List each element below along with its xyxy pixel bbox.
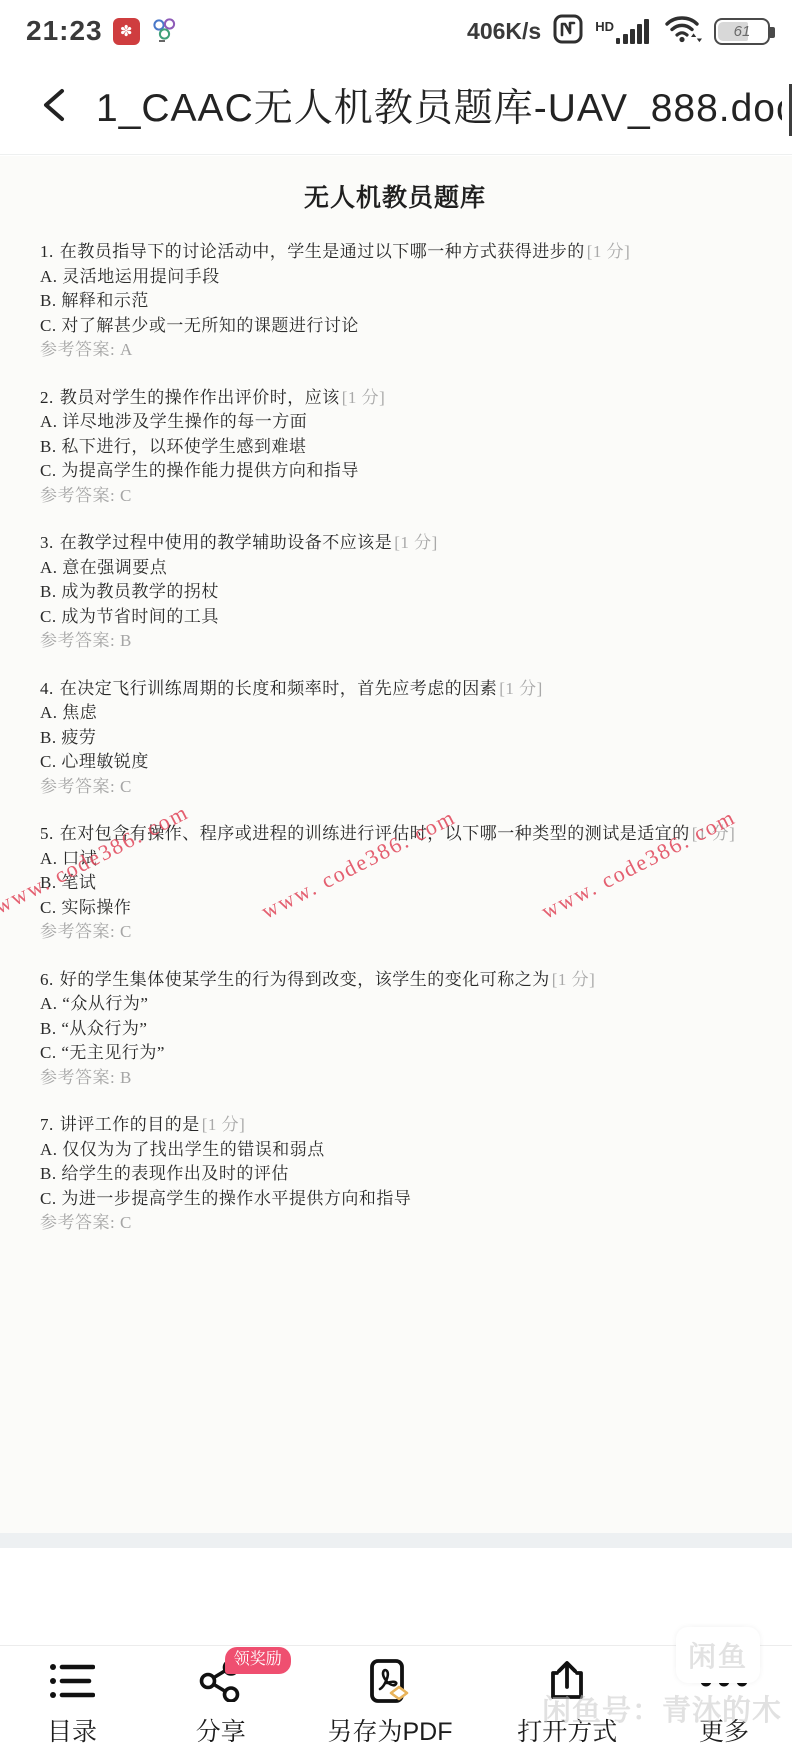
answer-line: 参考答案: C: [40, 1211, 750, 1236]
question-number: 7.: [40, 1115, 54, 1134]
answer-value: B: [120, 1068, 132, 1087]
answer-line: 参考答案: C: [40, 920, 750, 945]
question-score: [1 分]: [394, 533, 438, 552]
clock: 21:23: [26, 15, 103, 47]
share-circles-icon: [150, 15, 178, 48]
option-line: A. 仅仅为为了找出学生的错误和弱点: [40, 1138, 750, 1163]
question-score: [1 分]: [692, 824, 736, 843]
question-text: 在对包含有操作、程序或进程的训练进行评估时，以下哪一种类型的测试是适宜的: [60, 824, 690, 843]
hd-label: HD: [595, 19, 614, 34]
back-chevron-icon: [38, 85, 68, 125]
answer-prefix: 参考答案:: [40, 340, 120, 359]
answer-value: C: [120, 486, 132, 505]
toc-button[interactable]: 目录: [30, 1659, 114, 1756]
document-page[interactable]: 无人机教员题库 1.在教员指导下的讨论活动中，学生是通过以下哪一种方式获得进步的…: [0, 156, 792, 1533]
answer-line: 参考答案: B: [40, 1066, 750, 1091]
question-line: 4.在决定飞行训练周期的长度和频率时，首先应考虑的因素[1 分]: [40, 677, 750, 702]
question-block: 1.在教员指导下的讨论活动中，学生是通过以下哪一种方式获得进步的[1 分]A. …: [40, 240, 750, 363]
reward-badge: 领奖励: [225, 1647, 291, 1674]
more-label: 更多: [699, 1712, 749, 1748]
option-line: C. 为进一步提高学生的操作水平提供方向和指导: [40, 1187, 750, 1212]
question-block: 2.教员对学生的操作作出评价时，应该[1 分]A. 详尽地涉及学生操作的每一方面…: [40, 386, 750, 509]
question-line: 1.在教员指导下的讨论活动中，学生是通过以下哪一种方式获得进步的[1 分]: [40, 240, 750, 265]
wifi-icon: [664, 14, 702, 49]
question-block: 5.在对包含有操作、程序或进程的训练进行评估时，以下哪一种类型的测试是适宜的[1…: [40, 822, 750, 945]
network-speed: 406K/s: [467, 18, 541, 45]
option-line: A. “众从行为”: [40, 992, 750, 1017]
option-line: B. 笔试: [40, 871, 750, 896]
question-number: 2.: [40, 388, 54, 407]
option-line: C. 对了解甚少或一无所知的课题进行讨论: [40, 314, 750, 339]
question-number: 6.: [40, 970, 54, 989]
battery-icon: 61: [714, 18, 770, 45]
xianyu-logo: 闲鱼: [676, 1627, 760, 1683]
pdf-icon: [366, 1659, 414, 1703]
question-score: [1 分]: [342, 388, 386, 407]
answer-value: C: [120, 1213, 132, 1232]
toc-label: 目录: [47, 1712, 97, 1748]
answer-value: C: [120, 922, 132, 941]
question-text: 在教学过程中使用的教学辅助设备不应该是: [60, 533, 393, 552]
answer-line: 参考答案: C: [40, 775, 750, 800]
answer-line: 参考答案: B: [40, 629, 750, 654]
answer-line: 参考答案: A: [40, 338, 750, 363]
notification-app-icon: ✽: [113, 18, 140, 45]
bottom-toolbar: 目录 领奖励 分享: [0, 1645, 792, 1756]
open-with-label: 打开方式: [517, 1712, 617, 1748]
save-as-pdf-button[interactable]: 另存为PDF: [327, 1659, 452, 1756]
option-line: A. 口试: [40, 847, 750, 872]
status-bar: 21:23 ✽ 406K/s HD: [0, 0, 792, 56]
answer-value: A: [120, 340, 133, 359]
option-line: C. 成为节省时间的工具: [40, 605, 750, 630]
question-line: 2.教员对学生的操作作出评价时，应该[1 分]: [40, 386, 750, 411]
document-filename: 1_CAAC无人机教员题库-UAV_888.doc: [96, 77, 782, 133]
option-line: A. 意在强调要点: [40, 556, 750, 581]
answer-prefix: 参考答案:: [40, 1213, 120, 1232]
share-button[interactable]: 领奖励 分享: [179, 1659, 263, 1756]
question-score: [1 分]: [499, 679, 543, 698]
question-number: 1.: [40, 242, 54, 261]
share-label: 分享: [196, 1712, 246, 1748]
question-text: 在决定飞行训练周期的长度和频率时，首先应考虑的因素: [60, 679, 498, 698]
question-text: 讲评工作的目的是: [60, 1115, 200, 1134]
option-line: C. 为提高学生的操作能力提供方向和指导: [40, 459, 750, 484]
screen: 21:23 ✽ 406K/s HD: [0, 0, 792, 1756]
answer-value: B: [120, 631, 132, 650]
question-block: 6.好的学生集体使某学生的行为得到改变，该学生的变化可称之为[1 分]A. “众…: [40, 968, 750, 1091]
question-line: 3.在教学过程中使用的教学辅助设备不应该是[1 分]: [40, 531, 750, 556]
nfc-icon: [553, 14, 583, 49]
question-number: 3.: [40, 533, 54, 552]
question-number: 4.: [40, 679, 54, 698]
option-line: A. 灵活地运用提问手段: [40, 265, 750, 290]
question-list: 1.在教员指导下的讨论活动中，学生是通过以下哪一种方式获得进步的[1 分]A. …: [40, 240, 750, 1236]
answer-prefix: 参考答案:: [40, 486, 120, 505]
option-line: B. 成为教员教学的拐杖: [40, 580, 750, 605]
question-block: 4.在决定飞行训练周期的长度和频率时，首先应考虑的因素[1 分]A. 焦虑B. …: [40, 677, 750, 800]
document-title: 无人机教员题库: [40, 182, 750, 216]
question-number: 5.: [40, 824, 54, 843]
battery-level: 61: [734, 23, 751, 40]
question-score: [1 分]: [202, 1115, 246, 1134]
open-with-icon: [545, 1659, 589, 1703]
question-block: 7.讲评工作的目的是[1 分]A. 仅仅为为了找出学生的错误和弱点B. 给学生的…: [40, 1113, 750, 1236]
answer-prefix: 参考答案:: [40, 922, 120, 941]
cellular-signal-icon: HD: [595, 17, 652, 45]
question-text: 在教员指导下的讨论活动中，学生是通过以下哪一种方式获得进步的: [60, 242, 585, 261]
option-line: B. 解释和示范: [40, 289, 750, 314]
question-score: [1 分]: [587, 242, 631, 261]
question-text: 教员对学生的操作作出评价时，应该: [60, 388, 340, 407]
option-line: C. “无主见行为”: [40, 1041, 750, 1066]
open-with-button[interactable]: 打开方式: [517, 1659, 617, 1756]
save-as-pdf-label: 另存为PDF: [327, 1712, 452, 1748]
option-line: B. “从众行为”: [40, 1017, 750, 1042]
question-score: [1 分]: [552, 970, 596, 989]
option-line: A. 详尽地涉及学生操作的每一方面: [40, 410, 750, 435]
answer-prefix: 参考答案:: [40, 777, 120, 796]
page-separator: [0, 1533, 792, 1548]
option-line: A. 焦虑: [40, 701, 750, 726]
answer-prefix: 参考答案:: [40, 1068, 120, 1087]
answer-prefix: 参考答案:: [40, 631, 120, 650]
answer-value: C: [120, 777, 132, 796]
option-line: C. 心理敏锐度: [40, 750, 750, 775]
option-line: B. 给学生的表现作出及时的评估: [40, 1162, 750, 1187]
title-bar: 1_CAAC无人机教员题库-UAV_888.doc: [0, 56, 792, 155]
option-line: C. 实际操作: [40, 896, 750, 921]
option-line: B. 私下进行，以环使学生感到难堪: [40, 435, 750, 460]
back-button[interactable]: [38, 85, 68, 125]
question-line: 7.讲评工作的目的是[1 分]: [40, 1113, 750, 1138]
option-line: B. 疲劳: [40, 726, 750, 751]
question-block: 3.在教学过程中使用的教学辅助设备不应该是[1 分]A. 意在强调要点B. 成为…: [40, 531, 750, 654]
question-text: 好的学生集体使某学生的行为得到改变，该学生的变化可称之为: [60, 970, 550, 989]
list-icon: [49, 1659, 95, 1703]
question-line: 5.在对包含有操作、程序或进程的训练进行评估时，以下哪一种类型的测试是适宜的[1…: [40, 822, 750, 847]
question-line: 6.好的学生集体使某学生的行为得到改变，该学生的变化可称之为[1 分]: [40, 968, 750, 993]
answer-line: 参考答案: C: [40, 484, 750, 509]
